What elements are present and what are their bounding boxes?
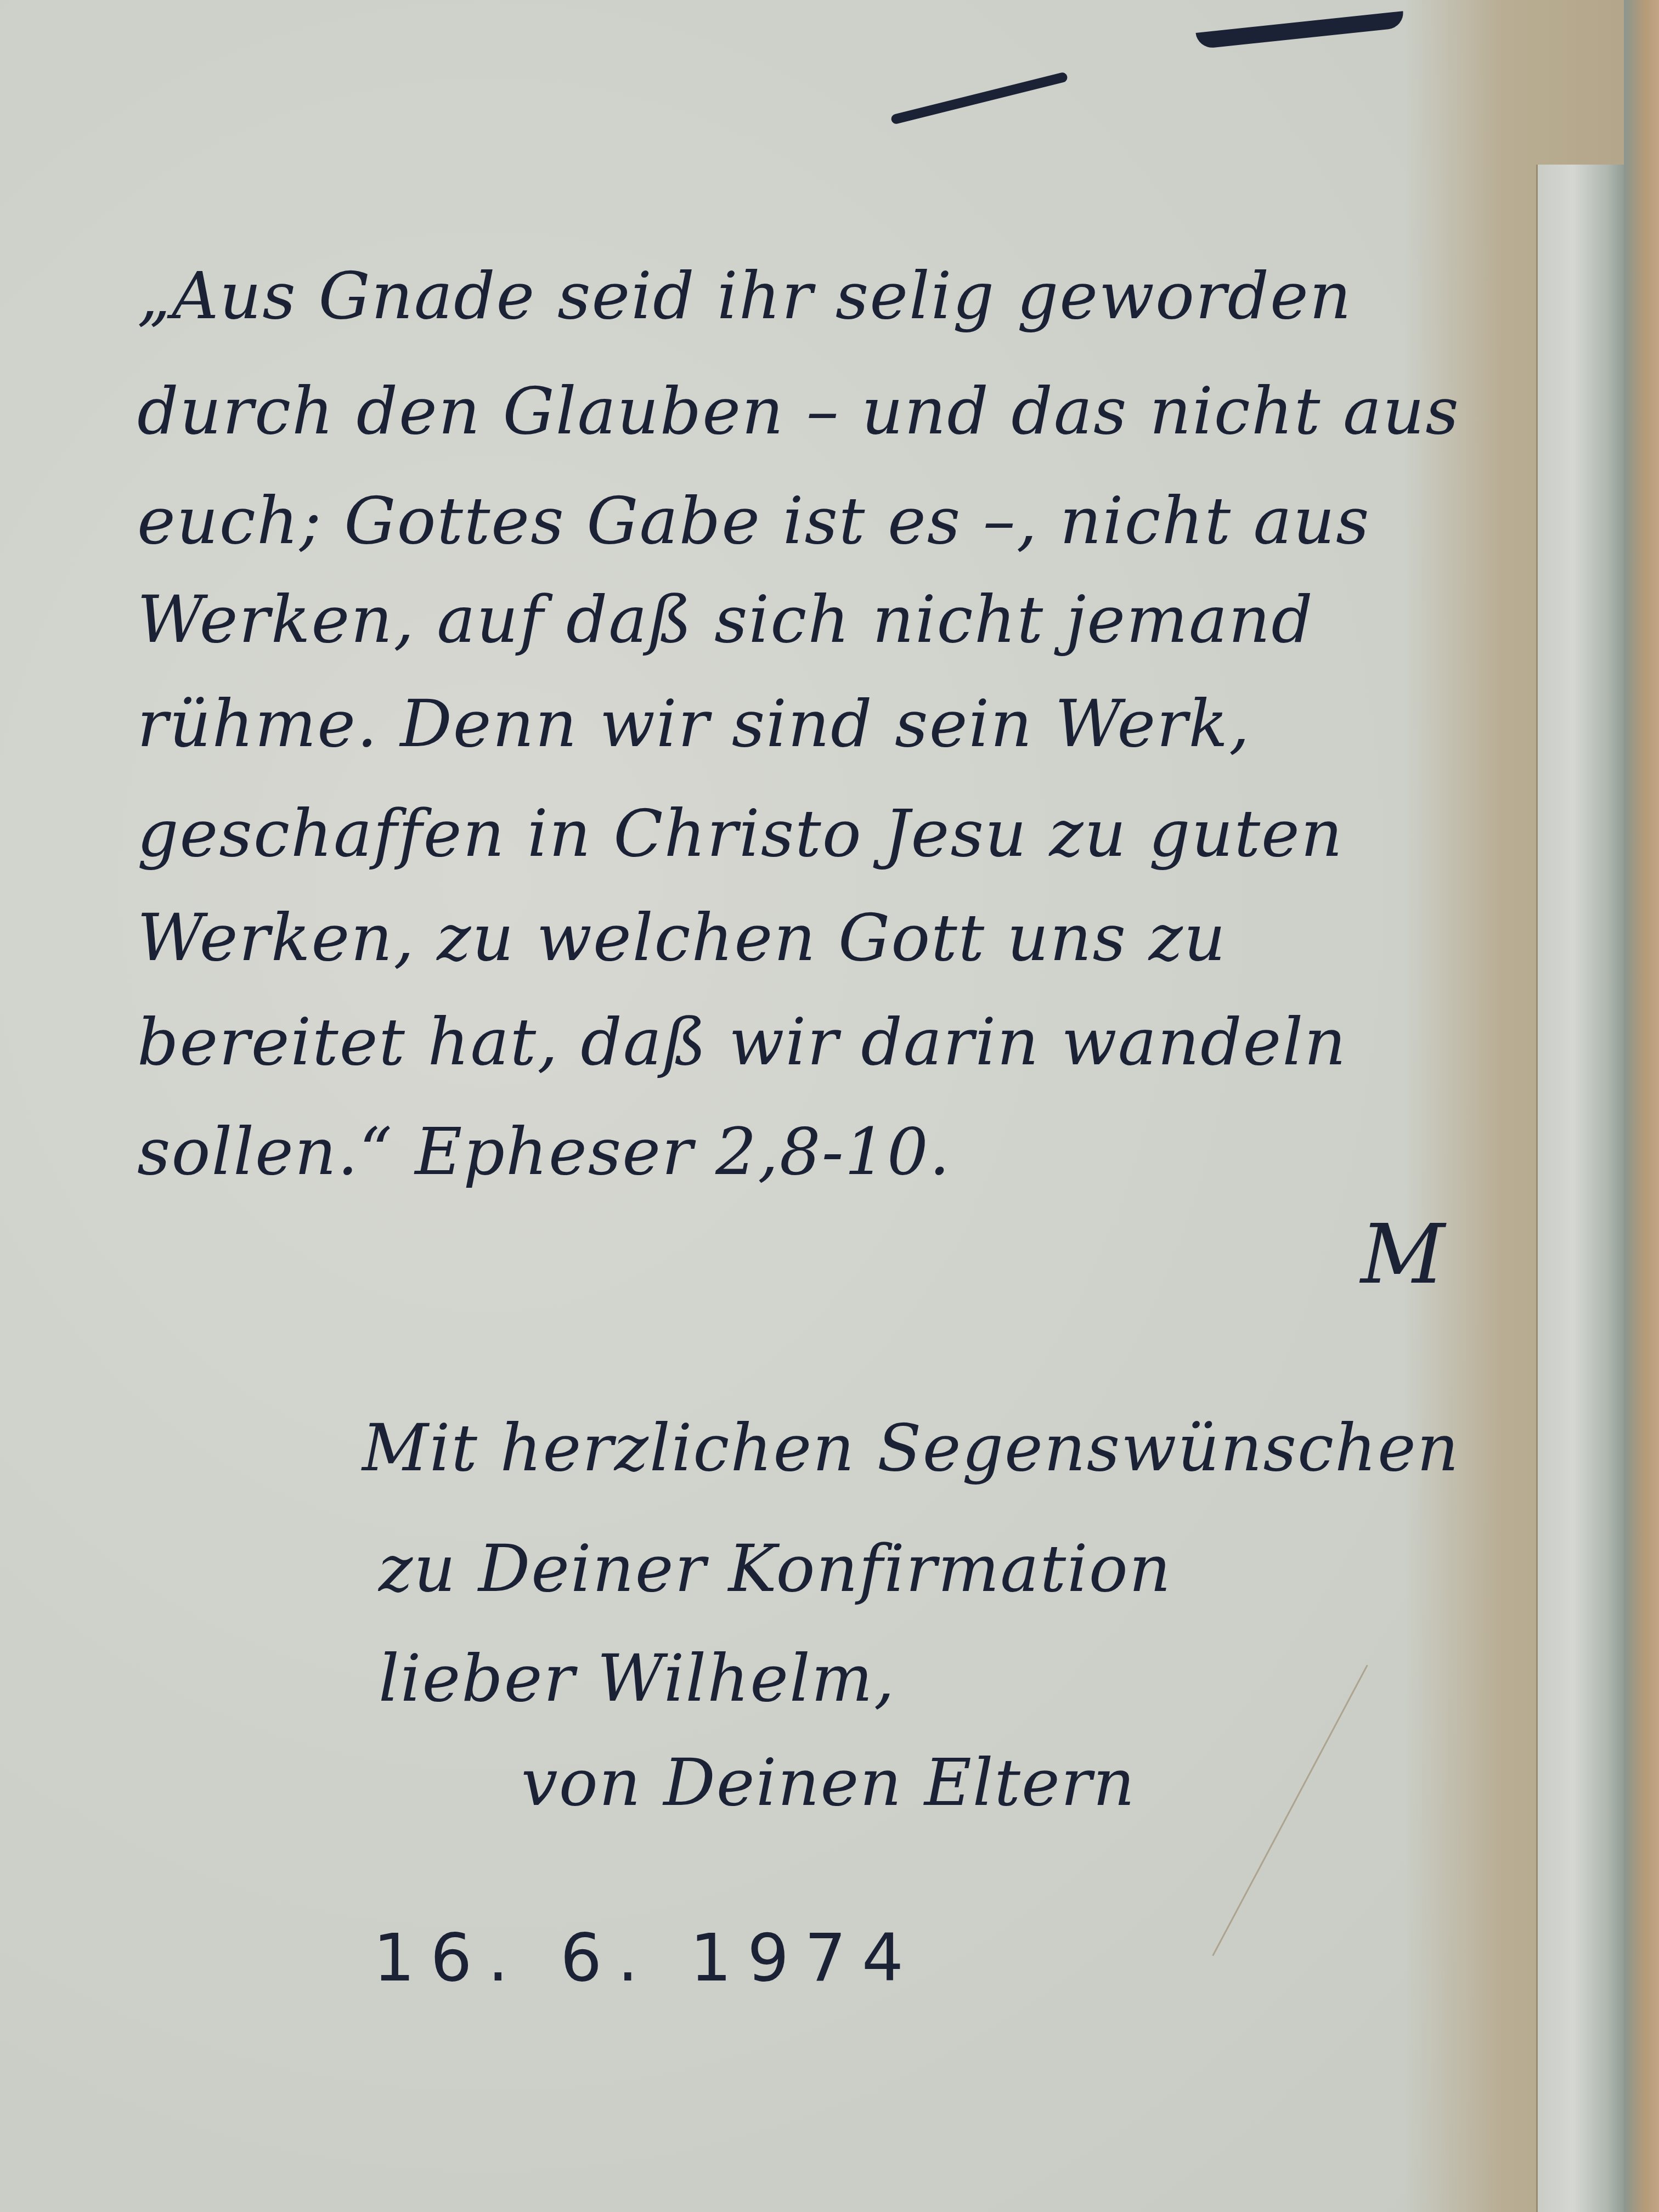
dedication-signature: von Deinen Eltern [521, 1745, 1136, 1820]
torn-page-edge [1536, 165, 1626, 2212]
dedication-line: Mit herzlichen Segenswünschen [362, 1410, 1460, 1486]
verse-line: „Aus Gnade seid ihr selig geworden [137, 258, 1352, 334]
verse-line: Werken, zu welchen Gott uns zu [137, 900, 1227, 975]
verse-line: Werken, auf daß sich nicht jemand [137, 582, 1314, 657]
verse-line: geschaffen in Christo Jesu zu guten [137, 795, 1344, 871]
verse-line: rühme. Denn wir sind sein Werk, [137, 686, 1251, 761]
inscription-date: 16. 6. 1974 [373, 1920, 919, 1996]
verse-line-reference: sollen.“ Epheser 2,8-10. [137, 1114, 951, 1189]
verse-line: bereitet hat, daß wir darin wandeln [137, 1004, 1347, 1080]
book-spine [1624, 0, 1659, 2212]
dedication-line: zu Deiner Konfirmation [379, 1531, 1172, 1606]
initial-signature: M [1361, 1207, 1446, 1302]
dedication-line: lieber Wilhelm, [379, 1640, 895, 1716]
verse-line: euch; Gottes Gabe ist es –, nicht aus [137, 483, 1370, 558]
verse-line: durch den Glauben – und das nicht aus [137, 373, 1460, 449]
